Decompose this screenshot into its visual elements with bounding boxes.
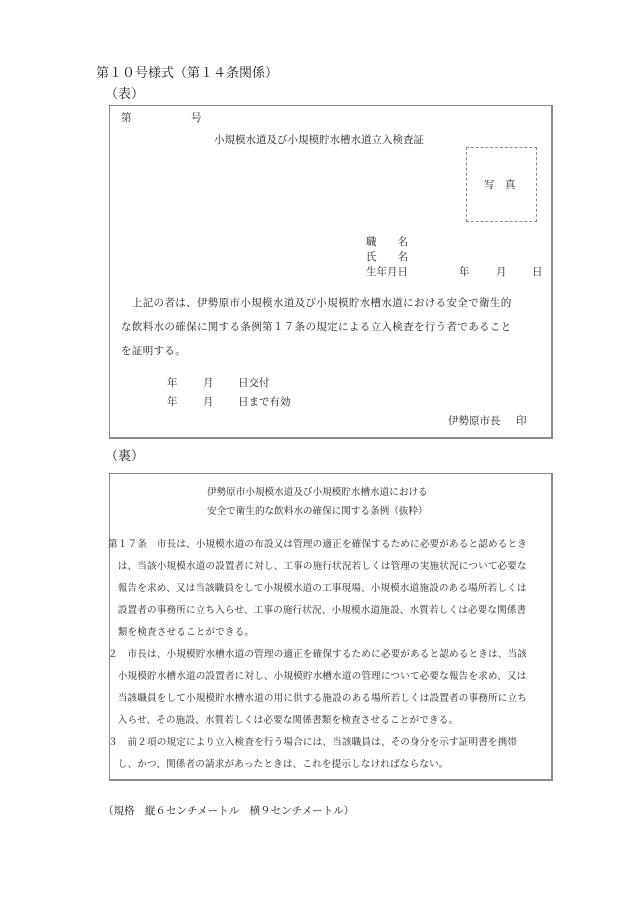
article-line-10: ３ 前２項の規定により立入検査を行う場合には、当該職員は、その身分を示す証明書を…: [108, 736, 517, 749]
seal-mark: 印: [516, 414, 527, 428]
article-line-1: 第１７条 市長は、小規模水道の布設又は管理の適正を確保するために必要があると認め…: [108, 538, 527, 551]
size-specification: （規格 縦６センチメートル 横９センチメートル）: [103, 804, 354, 818]
article-line-11: し、かつ、関係者の請求があったときは、これを提示しなければならない。: [108, 758, 449, 771]
issue-day: 日交付: [238, 376, 270, 390]
article-line-6: ２ 市長は、小規模貯水槽水道の管理の適正を確保するために必要があると認めるときは…: [108, 648, 527, 661]
article-line-8: 当該職員をして小規模貯水槽水道の用に供する施設のある場所若しくは設置者の事務所に…: [108, 692, 527, 705]
number-suffix: 号: [191, 111, 202, 125]
name-label: 氏 名: [366, 250, 408, 264]
article-line-4: 設置者の事務所に立ち入らせ、工事の施行状況、小規模水道施設、水質若しくは必要な関…: [108, 604, 526, 617]
issue-month: 月: [203, 376, 214, 390]
certification-text-line-3: を証明する。: [121, 344, 186, 358]
birth-year: 年: [459, 265, 470, 279]
mayor-signature: 伊勢原市長: [448, 414, 501, 428]
birth-month: 月: [496, 265, 507, 279]
birth-day: 日: [532, 265, 543, 279]
article-line-9: 入らせ、その施設、水質若しくは必要な関係書類を検査させることができる。: [108, 714, 458, 727]
number-prefix: 第: [121, 111, 132, 125]
back-label: （裏）: [105, 449, 144, 465]
job-title-label: 職 名: [366, 235, 408, 249]
article-line-7: 小規模貯水槽水道の設置者に対し、小規模貯水槽水道の管理について必要な報告を求め、…: [108, 670, 526, 683]
form-title: 第１０号様式（第１４条関係）: [96, 66, 278, 82]
article-line-3: 報告を求め、又は当該職員をして小規模水道の工事現場、小規模水道施設のある場所若し…: [108, 582, 527, 595]
valid-year: 年: [167, 395, 178, 409]
article-line-5: 類を検査させることができる。: [108, 626, 254, 639]
valid-day: 日まで有効: [238, 395, 291, 409]
certification-text-line-1: 上記の者は、伊勢原市小規模水道及び小規模貯水槽水道における安全で衛生的: [121, 296, 512, 310]
certificate-title: 小規模水道及び小規模貯水槽水道立入検査証: [214, 133, 424, 147]
ordinance-title-line-2: 安全で衛生的な飲料水の確保に関する条例（抜粋）: [207, 505, 428, 518]
birthdate-label: 生年月日: [366, 265, 408, 279]
valid-month: 月: [203, 395, 214, 409]
ordinance-title-line-1: 伊勢原市小規模水道及び小規模貯水槽水道における: [207, 486, 428, 499]
photo-label: 写 真: [484, 178, 516, 192]
front-label: （表）: [105, 87, 144, 103]
certification-text-line-2: な飲料水の確保に関する条例第１７条の規定による立入検査を行う者であること: [121, 320, 512, 334]
article-line-2: は、当該小規模水道の設置者に対し、工事の施行状況若しくは管理の実施状況について必…: [108, 560, 527, 573]
issue-year: 年: [167, 376, 178, 390]
